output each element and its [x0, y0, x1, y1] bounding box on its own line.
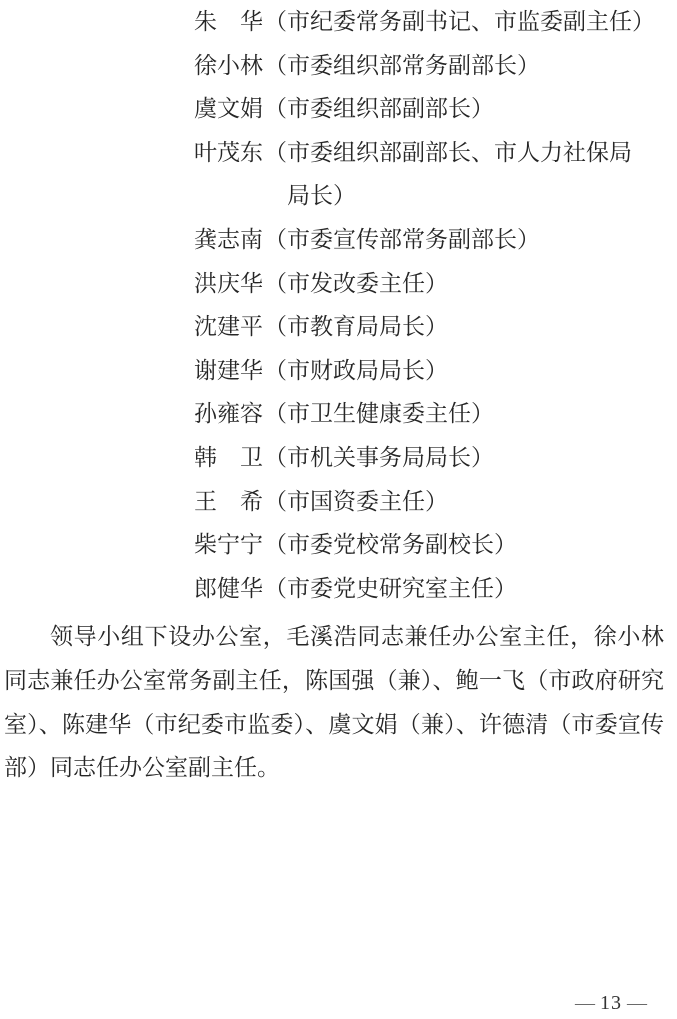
member-role: 市教育局局长）: [287, 305, 677, 349]
open-paren: （: [264, 523, 287, 567]
open-paren: （: [264, 44, 287, 88]
member-role-line: 市委组织部副部长）: [287, 87, 677, 131]
open-paren: （: [264, 87, 287, 131]
open-paren: （: [264, 392, 287, 436]
member-role-line: 市委党校常务副校长）: [287, 523, 677, 567]
member-row: 龚志南 （ 市委宣传部常务副部长）: [194, 218, 677, 262]
member-name: 韩 卫: [194, 436, 264, 480]
member-row: 虞文娟 （ 市委组织部副部长）: [194, 87, 677, 131]
document-page: 朱 华 （ 市纪委常务副书记、市监委副主任） 徐小林 （ 市委组织部常务副部长）…: [0, 0, 677, 1019]
member-row: 徐小林 （ 市委组织部常务副部长）: [194, 44, 677, 88]
member-row: 谢建华 （ 市财政局局长）: [194, 349, 677, 393]
member-row: 韩 卫 （ 市机关事务局局长）: [194, 436, 677, 480]
member-name: 朱 华: [194, 0, 264, 44]
page-footer: —13—: [570, 991, 652, 1015]
open-paren: （: [264, 262, 287, 306]
closing-paragraph: 领导小组下设办公室，毛溪浩同志兼任办公室主任，徐小林同志兼任办公室常务副主任，陈…: [4, 615, 664, 789]
member-role-line: 市财政局局长）: [287, 349, 677, 393]
member-row: 孙雍容 （ 市卫生健康委主任）: [194, 392, 677, 436]
member-role-line: 市委宣传部常务副部长）: [287, 218, 677, 262]
member-role: 市纪委常务副书记、市监委副主任）: [287, 0, 677, 44]
member-row: 王 希 （ 市国资委主任）: [194, 480, 677, 524]
member-name: 虞文娟: [194, 87, 264, 131]
member-role: 市财政局局长）: [287, 349, 677, 393]
member-role-line: 市纪委常务副书记、市监委副主任）: [287, 0, 677, 44]
member-role: 市委组织部常务副部长）: [287, 44, 677, 88]
member-name: 沈建平: [194, 305, 264, 349]
member-role-line: 市教育局局长）: [287, 305, 677, 349]
member-row: 叶茂东 （ 市委组织部副部长、市人力社保局局长）: [194, 131, 677, 218]
member-name: 郎健华: [194, 567, 264, 611]
member-role-line: 市委党史研究室主任）: [287, 567, 677, 611]
member-role: 市委党校常务副校长）: [287, 523, 677, 567]
member-row: 柴宁宁 （ 市委党校常务副校长）: [194, 523, 677, 567]
open-paren: （: [264, 567, 287, 611]
member-role-line: 市机关事务局局长）: [287, 436, 677, 480]
open-paren: （: [264, 0, 287, 44]
open-paren: （: [264, 131, 287, 175]
member-name: 叶茂东: [194, 131, 264, 175]
open-paren: （: [264, 349, 287, 393]
member-name: 洪庆华: [194, 262, 264, 306]
member-role: 市机关事务局局长）: [287, 436, 677, 480]
member-row: 洪庆华 （ 市发改委主任）: [194, 262, 677, 306]
open-paren: （: [264, 436, 287, 480]
page-number: 13: [600, 992, 622, 1014]
open-paren: （: [264, 218, 287, 262]
member-row: 郎健华 （ 市委党史研究室主任）: [194, 567, 677, 611]
member-role: 市发改委主任）: [287, 262, 677, 306]
member-name: 谢建华: [194, 349, 264, 393]
member-role-line: 市委组织部常务副部长）: [287, 44, 677, 88]
member-role: 市卫生健康委主任）: [287, 392, 677, 436]
page-number-dash-right: —: [627, 992, 647, 1014]
member-role: 市委党史研究室主任）: [287, 567, 677, 611]
member-role: 市委组织部副部长、市人力社保局局长）: [287, 131, 677, 218]
member-row: 沈建平 （ 市教育局局长）: [194, 305, 677, 349]
member-name: 徐小林: [194, 44, 264, 88]
member-name: 孙雍容: [194, 392, 264, 436]
member-role-line: 市发改委主任）: [287, 262, 677, 306]
member-role-line: 市卫生健康委主任）: [287, 392, 677, 436]
member-name: 王 希: [194, 480, 264, 524]
member-role-line: 市委组织部副部长、市人力社保局: [287, 131, 677, 175]
member-role: 市委宣传部常务副部长）: [287, 218, 677, 262]
open-paren: （: [264, 480, 287, 524]
member-role-line: 局长）: [287, 174, 677, 218]
member-row: 朱 华 （ 市纪委常务副书记、市监委副主任）: [194, 0, 677, 44]
member-role: 市国资委主任）: [287, 480, 677, 524]
member-name: 柴宁宁: [194, 523, 264, 567]
member-list: 朱 华 （ 市纪委常务副书记、市监委副主任） 徐小林 （ 市委组织部常务副部长）…: [0, 0, 677, 610]
open-paren: （: [264, 305, 287, 349]
member-name: 龚志南: [194, 218, 264, 262]
member-role-line: 市国资委主任）: [287, 480, 677, 524]
page-number-dash-left: —: [575, 992, 595, 1014]
member-role: 市委组织部副部长）: [287, 87, 677, 131]
